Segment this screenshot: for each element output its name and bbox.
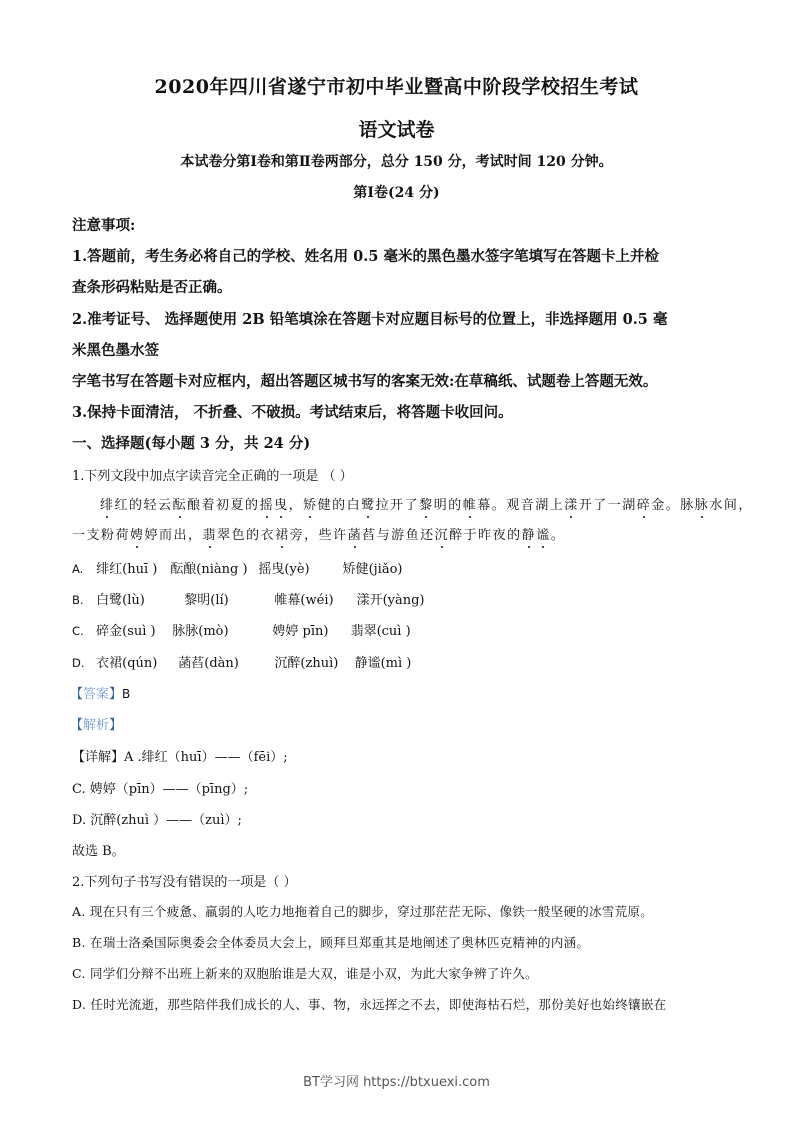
exam-intro: 本试卷分第Ⅰ卷和第Ⅱ卷两部分，总分 150 分，考试时间 120 分钟。 xyxy=(0,151,793,171)
option-item: 碎金(suì ) xyxy=(96,620,168,639)
notice-line-5: 字笔书写在答题卡对应框内，超出答题区城书写的客案无效:在草稿纸、试题卷上答题无效… xyxy=(72,370,657,391)
option-item: 娉婷 pīn) xyxy=(272,620,346,639)
notice-heading: 注意事项: xyxy=(72,214,135,235)
answer-label: 答案 xyxy=(83,687,109,702)
part-heading: 第Ⅰ卷(24 分) xyxy=(0,182,793,202)
detail-line-2: C. 娉婷（pīn）——（pīng）; xyxy=(72,778,248,797)
answer-value: B xyxy=(122,687,130,701)
option-label: D. xyxy=(72,656,92,670)
option-item: 白鹭(lù) xyxy=(96,589,180,608)
detail-label: 【详解】 xyxy=(72,750,124,765)
emphasized-char: 帷 xyxy=(463,494,478,513)
emphasized-char: 黎 xyxy=(419,494,434,513)
emphasized-char: 漾 xyxy=(564,494,579,513)
option-label: A. xyxy=(72,562,92,576)
emphasized-char: 菡 xyxy=(348,524,363,543)
emphasized-char: 翡 xyxy=(203,524,218,543)
option-item: 静谧(mì ) xyxy=(355,652,412,671)
passage-line-1: 绯红的轻云酝酿着初夏的摇曳，矫健的白鹭拉开了黎明的帷幕。观音湖上漾开了一湖碎金。… xyxy=(100,494,753,513)
passage-line-2: 一支粉荷娉婷而出，翡翠色的衣裙旁，些许菡萏与游鱼还沉醉于昨夜的静谧。 xyxy=(72,524,565,543)
emphasized-char: 娉 xyxy=(130,524,145,543)
option-d: D. 衣裙(qún) 菡萏(dàn) 沉醉(zhuì) 静谧(mì ) xyxy=(72,652,411,671)
option-c: C. 碎金(suì ) 脉脉(mò) 娉婷 pīn) 翡翠(cuì ) xyxy=(72,620,411,639)
question-2-stem: 2.下列句子书写没有错误的一项是（ ） xyxy=(72,871,297,890)
q2-option-c: C. 同学们分辩不出班上新来的双胞胎谁是大双，谁是小双，为此大家争辨了许久。 xyxy=(72,964,538,982)
analysis-line: 【解析】 xyxy=(70,714,122,733)
option-b: B. 白鹭(lù) 黎明(lí) 帷幕(wéi) 漾开(yàng) xyxy=(72,589,425,608)
option-item: 黎明(lí) xyxy=(184,589,270,608)
footer-watermark: BT学习网 https://btxuexi.com xyxy=(0,1071,793,1090)
emphasized-char: 摇 xyxy=(260,494,275,513)
notice-line-6: 3.保持卡面清洁， 不折叠、不破损。考试结束后，将答题卡收回问。 xyxy=(72,401,513,422)
emphasized-char: 脉 xyxy=(695,494,710,513)
emphasized-char: 谧 xyxy=(536,524,551,543)
option-item: 摇曳(yè) xyxy=(258,558,338,577)
section-heading: 一、选择题(每小题 3 分，共 24 分) xyxy=(72,432,310,453)
emphasized-char: 酝 xyxy=(173,494,188,513)
detail-line-1: 【详解】A .绯红（huī）——（fēi）; xyxy=(72,746,288,765)
emphasized-char: 静 xyxy=(522,524,537,543)
option-item: 酝酿(niàng ) xyxy=(170,558,254,577)
exam-title: 2020年四川省遂宁市初中毕业暨高中阶段学校招生考试 xyxy=(0,72,793,99)
option-item: 绯红(huī ) xyxy=(96,558,166,577)
emphasized-char: 沉 xyxy=(435,524,450,543)
emphasized-char: 裙 xyxy=(275,524,290,543)
notice-line-1: 1.答题前，考生务必将自己的学校、姓名用 0.5 毫米的黑色墨水签字笔填写在答题… xyxy=(72,245,659,266)
option-label: B. xyxy=(72,593,92,607)
emphasized-char: 鹭 xyxy=(361,494,376,513)
answer-line: 【答案】B xyxy=(70,683,130,702)
option-item: 脉脉(mò) xyxy=(172,620,268,639)
emphasized-char: 矫 xyxy=(303,494,318,513)
option-item: 沉醉(zhuì) xyxy=(274,652,350,671)
notice-line-3: 2.准考证号、 选择题使用 2B 铅笔填涂在答题卡对应题目标号的位置上，非选择题… xyxy=(72,308,667,329)
detail-line-4: 故选 B。 xyxy=(72,840,125,859)
q2-option-d: D. 任时光流逝，那些陪伴我们成长的人、事、物，永远挥之不去，即使海枯石烂，那份… xyxy=(72,995,666,1013)
notice-line-4: 米黑色墨水签 xyxy=(72,339,159,360)
q2-option-a: A. 现在只有三个疲惫、羸弱的人吃力地拖着自己的脚步，穿过那茫茫无际、像铁一般坚… xyxy=(72,902,653,920)
option-item: 衣裙(qún) xyxy=(96,652,174,671)
option-item: 翡翠(cuì ) xyxy=(351,620,411,639)
notice-line-2: 查条形码粘贴是否正确。 xyxy=(72,276,232,297)
option-label: C. xyxy=(72,624,92,638)
q2-option-b: B. 在瑞士洛桑国际奥委会全体委员大会上，顾拜旦郑重其是地阐述了奥林匹克精神的内… xyxy=(72,933,589,951)
option-item: 漾开(yàng) xyxy=(357,589,425,608)
emphasized-char: 曳 xyxy=(274,494,289,513)
analysis-label: 解析 xyxy=(83,718,109,733)
emphasized-char: 碎 xyxy=(637,494,652,513)
option-a: A. 绯红(huī ) 酝酿(niàng ) 摇曳(yè) 矫健(jiǎo) xyxy=(72,558,402,577)
detail-line-3: D. 沉醉(zhuì ）——（zuì）; xyxy=(72,809,242,828)
option-item: 菡萏(dàn) xyxy=(178,652,270,671)
question-1-stem: 1.下列文段中加点字读音完全正确的一项是 （ ） xyxy=(72,465,353,484)
exam-subtitle: 语文试卷 xyxy=(0,115,793,142)
option-item: 帷幕(wéi) xyxy=(274,589,352,608)
option-item: 矫健(jiǎo) xyxy=(343,558,403,577)
emphasized-char: 绯 xyxy=(100,494,115,513)
